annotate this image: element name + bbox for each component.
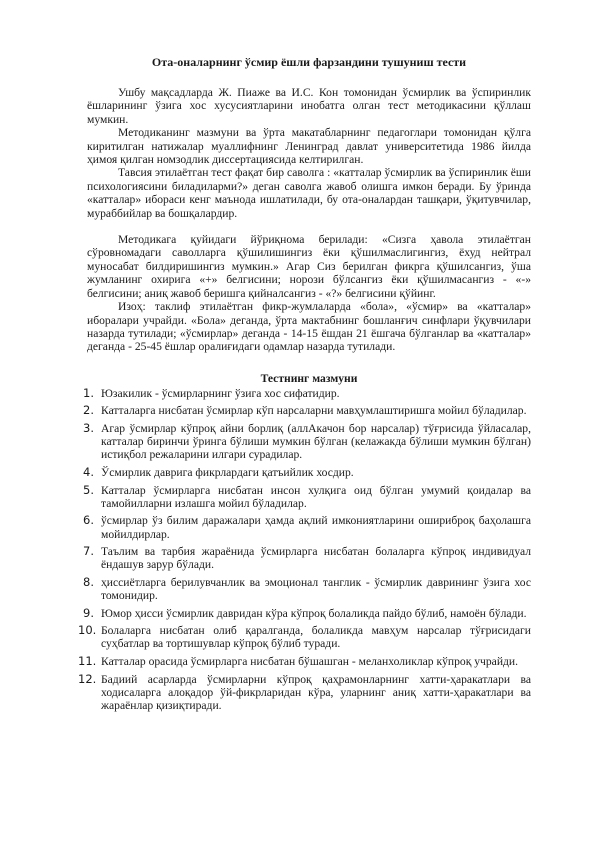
item-text: Юмор ҳисси ўсмирлик давридан кўра кўпроқ… <box>101 607 527 620</box>
item-text: Катталарга нисбатан ўсмирлар кўп нарсала… <box>101 404 526 417</box>
document-content: Ота-оналарнинг ўсмир ёшли фарзандини туш… <box>87 55 531 717</box>
item-text: Юзакилик - ўсмирларнинг ўзига хос сифати… <box>101 387 340 400</box>
list-item: 4.Ўсмирлик даврига фикрлардаги қатъийлик… <box>87 466 531 479</box>
item-number: 7. <box>83 545 94 558</box>
item-number: 4. <box>83 466 94 479</box>
section-title: Тестнинг мазмуни <box>87 372 531 386</box>
item-number: 8. <box>83 576 94 589</box>
list-item: 9.Юмор ҳисси ўсмирлик давридан кўра кўпр… <box>87 607 531 620</box>
document-page: Ота-оналарнинг ўсмир ёшли фарзандини туш… <box>0 0 596 842</box>
paragraph-intro: Ушбу мақсадларда Ж. Пиаже ва И.С. Кон то… <box>87 86 531 126</box>
item-text: Бадиий асарларда ўсмирларни кўпроқ қаҳра… <box>101 673 531 712</box>
list-item: 10.Болаларга нисбатан олиб қаралганда, б… <box>87 624 531 650</box>
list-item: 12.Бадиий асарларда ўсмирларни кўпроқ қа… <box>87 673 531 713</box>
item-number: 5. <box>83 484 94 497</box>
paragraph-note: Изоҳ: таклиф этилаётган фикр-жумлаларда … <box>87 300 531 354</box>
item-number: 12. <box>78 673 96 686</box>
list-item: 1.Юзакилик - ўсмирларнинг ўзига хос сифа… <box>87 387 531 400</box>
list-item: 8.ҳиссиётларга берилувчанлик ва эмоциона… <box>87 576 531 602</box>
test-items-list: 1.Юзакилик - ўсмирларнинг ўзига хос сифа… <box>87 387 531 713</box>
paragraph-instructions: Методикага қуйидаги йўриқнома берилади: … <box>87 233 531 300</box>
item-number: 1. <box>83 387 94 400</box>
list-item: 2.Катталарга нисбатан ўсмирлар кўп нарса… <box>87 404 531 417</box>
item-text: ўсмирлар ўз билим даражалари ҳамда ақлий… <box>101 514 531 540</box>
document-title: Ота-оналарнинг ўсмир ёшли фарзандини туш… <box>87 55 531 69</box>
item-number: 9. <box>83 607 94 620</box>
list-item: 5.Катталар ўсмирларга нисбатан инсон хул… <box>87 484 531 510</box>
item-number: 11. <box>78 655 96 668</box>
item-text: Агар ўсмирлар кўпроқ айни борлиқ (аллАка… <box>101 422 531 461</box>
item-text: Катталар ўсмирларга нисбатан инсон хулқи… <box>101 484 531 510</box>
item-number: 10. <box>78 624 96 637</box>
item-number: 3. <box>83 422 94 435</box>
paragraph-purpose: Тавсия этилаётган тест фақат бир саволга… <box>87 166 531 220</box>
list-item: 6.ўсмирлар ўз билим даражалари ҳамда ақл… <box>87 514 531 540</box>
list-item: 3.Агар ўсмирлар кўпроқ айни борлиқ (аллА… <box>87 422 531 462</box>
item-text: Ўсмирлик даврига фикрлардаги қатъийлик х… <box>101 466 354 479</box>
item-number: 2. <box>83 404 94 417</box>
item-text: Катталар орасида ўсмирларга нисбатан бўш… <box>101 655 518 668</box>
paragraph-methodology: Методиканинг мазмуни ва ўрта макатабларн… <box>87 126 531 166</box>
list-item: 7.Таълим ва тарбия жараёнида ўсмирларга … <box>87 545 531 571</box>
item-number: 6. <box>83 514 94 527</box>
list-item: 11.Катталар орасида ўсмирларга нисбатан … <box>87 655 531 668</box>
item-text: Болаларга нисбатан олиб қаралганда, бола… <box>101 624 531 650</box>
item-text: Таълим ва тарбия жараёнида ўсмирларга ни… <box>101 545 531 571</box>
item-text: ҳиссиётларга берилувчанлик ва эмоционал … <box>101 576 531 602</box>
